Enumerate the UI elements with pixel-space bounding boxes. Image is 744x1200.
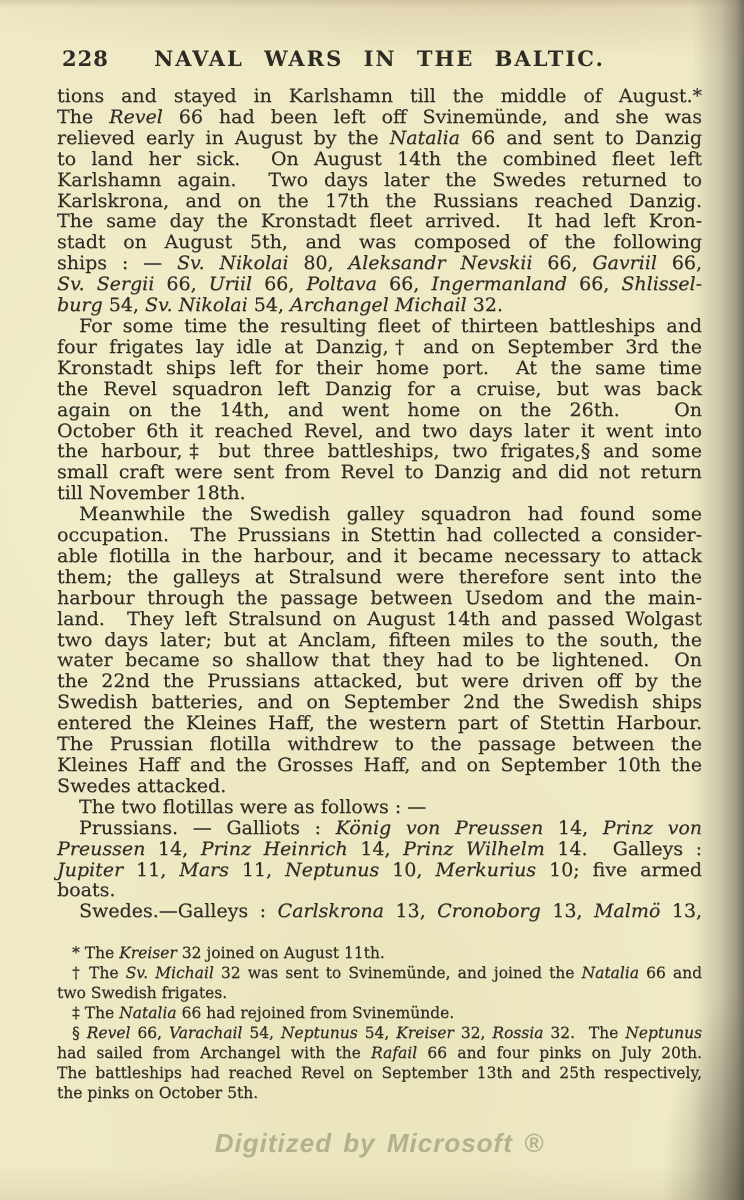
text-segment: 32 was sent to Svinemünde, and joined th… <box>214 964 582 982</box>
text-segment: two Swedish frigates. <box>57 984 227 1002</box>
body-line: able flotilla in the harbour, and it bec… <box>57 546 702 567</box>
body-line: The Prussian flotilla withdrew to the pa… <box>57 734 702 755</box>
body-line: stadt on August 5th, and was composed of… <box>57 232 702 253</box>
ship-name: Natalia <box>119 1004 176 1022</box>
ship-name: Malmö <box>594 900 660 922</box>
ship-name: Varachail <box>169 1024 242 1042</box>
body-line: relieved early in August by the Natalia … <box>57 128 702 149</box>
text-segment: land. They left Stralsund on August 14th… <box>57 608 702 630</box>
text-segment: tions and stayed in Karlshamn till the m… <box>57 85 702 107</box>
text-segment: had sailed from Archangel with the <box>57 1044 371 1062</box>
text-segment: 13, <box>660 900 702 922</box>
text-segment: Swedes attacked. <box>57 775 226 797</box>
text-segment: entered the Kleines Haff, the western pa… <box>57 712 702 734</box>
ship-name: Archangel Michail <box>290 294 467 316</box>
page-number: 228 <box>62 46 109 71</box>
text-segment: 10; five armed <box>536 859 702 881</box>
text-segment: again on the 14th, and went home on the … <box>57 399 702 421</box>
ship-name: Cronoborg <box>437 900 541 922</box>
text-segment: the pinks on October 5th. <box>57 1084 258 1102</box>
text-segment: For some time the resulting fleet of thi… <box>79 315 702 337</box>
body-line: ships : — Sv. Nikolai 80, Aleksandr Nevs… <box>57 253 702 274</box>
text-segment: October 6th it reached Revel, and two da… <box>57 420 702 442</box>
book-page: 228 NAVAL WARS IN THE BALTIC. tions and … <box>0 0 744 1200</box>
body-line: till November 18th. <box>57 483 702 504</box>
ship-name: Sv. Nikolai <box>145 294 248 316</box>
ship-name: König von Preussen <box>336 817 544 839</box>
ship-name: Prinz Heinrich <box>201 838 348 860</box>
ship-name: Natalia <box>390 127 460 149</box>
ship-name: Revel <box>87 1024 131 1042</box>
body-line: boats. <box>57 880 702 901</box>
text-segment: † The <box>72 964 126 982</box>
text-segment: 66, <box>130 1024 168 1042</box>
body-line: The Revel 66 had been left off Svinemünd… <box>57 107 702 128</box>
body-line: Swedes.—Galleys : Carlskrona 13, Cronobo… <box>57 901 702 922</box>
ship-name: Mars <box>179 859 229 881</box>
ship-name: Neptunus <box>281 1024 358 1042</box>
body-line: burg 54, Sv. Nikolai 54, Archangel Micha… <box>57 295 702 316</box>
text-segment: them; the galleys at Stralsund were ther… <box>57 566 702 588</box>
body-line: four frigates lay idle at Danzig,† and o… <box>57 337 702 358</box>
text-segment: boats. <box>57 879 115 901</box>
text-segment: The <box>57 106 109 128</box>
text-segment: The battleships had reached Revel on Sep… <box>57 1064 702 1082</box>
text-segment: 54, <box>248 294 290 316</box>
body-line: Karlskrona, and on the 17th the Russians… <box>57 191 702 212</box>
ship-name: Preussen <box>57 838 145 860</box>
text-segment: small craft were sent from Revel to Danz… <box>57 461 702 483</box>
text-segment: The same day the Kronstadt fleet arrived… <box>57 210 702 232</box>
text-segment: able flotilla in the harbour, and it bec… <box>57 545 702 567</box>
text-segment: § <box>72 1024 87 1042</box>
text-segment: stadt on August 5th, and was composed of… <box>57 231 702 253</box>
ship-name: Sv. Michail <box>126 964 214 982</box>
text-segment: 14, <box>348 838 403 860</box>
text-segment: 66, <box>532 252 592 274</box>
text-segment: 66, <box>567 273 621 295</box>
body-line: Jupiter 11, Mars 11, Neptunus 10, Merkur… <box>57 860 702 881</box>
text-segment: ships : — <box>57 252 177 274</box>
ship-name: Ingermanland <box>431 273 567 295</box>
ship-name: Kreiser <box>396 1024 454 1042</box>
text-segment: to land her sick. On August 14th the com… <box>57 148 702 170</box>
ship-name: Uriil <box>209 273 252 295</box>
body-line: to land her sick. On August 14th the com… <box>57 149 702 170</box>
text-segment: 80, <box>288 252 348 274</box>
body-line: For some time the resulting fleet of thi… <box>57 316 702 337</box>
footnote-line: two Swedish frigates. <box>57 983 702 1003</box>
footnote-line: had sailed from Archangel with the Rafai… <box>57 1043 702 1063</box>
text-segment: 54, <box>242 1024 280 1042</box>
text-segment: * The <box>72 944 119 962</box>
ship-name: Rossia <box>492 1024 543 1042</box>
footnote-line: * The Kreiser 32 joined on August 11th. <box>57 943 702 963</box>
text-segment: 54, <box>103 294 145 316</box>
body-line: The two flotillas were as follows : — <box>57 797 702 818</box>
body-line: Swedish batteries, and on September 2nd … <box>57 692 702 713</box>
body-line: the harbour,‡ but three battleships, two… <box>57 441 702 462</box>
ship-name: Rafail <box>371 1044 417 1062</box>
text-segment: 66 and four pinks on July 20th. <box>417 1044 702 1062</box>
digitization-watermark: Digitized by Microsoft ® <box>57 1128 702 1159</box>
ship-name: Gavriil <box>592 252 657 274</box>
body-line: the 22nd the Prussians attacked, but wer… <box>57 671 702 692</box>
text-segment: The Prussian flotilla withdrew to the pa… <box>57 733 702 755</box>
text-segment: 54, <box>358 1024 396 1042</box>
body-line: Kronstadt ships left for their home port… <box>57 358 702 379</box>
text-segment: Prussians. — Galliots : <box>79 817 336 839</box>
body-line: Swedes attacked. <box>57 776 702 797</box>
text-segment: 14, <box>543 817 603 839</box>
body-line: Kleines Haff and the Grosses Haff, and o… <box>57 755 702 776</box>
text-segment: Karlshamn again. Two days later the Swed… <box>57 169 702 191</box>
text-segment: 66, <box>377 273 431 295</box>
text-segment: 14, <box>145 838 200 860</box>
text-segment: 66 had been left off Svinemünde, and she… <box>163 106 702 128</box>
running-title: NAVAL WARS IN THE BALTIC. <box>57 46 702 71</box>
text-segment: Swedish batteries, and on September 2nd … <box>57 691 702 713</box>
ship-name: Poltava <box>306 273 377 295</box>
text-segment: 11, <box>123 859 179 881</box>
body-line: them; the galleys at Stralsund were ther… <box>57 567 702 588</box>
text-segment: 13, <box>384 900 437 922</box>
text-segment: 10, <box>379 859 435 881</box>
text-segment: 66, <box>154 273 208 295</box>
text-segment: till November 18th. <box>57 482 246 504</box>
text-segment: Swedes.—Galleys : <box>79 900 278 922</box>
text-segment: 32. The <box>543 1024 625 1042</box>
text-segment: 32, <box>454 1024 492 1042</box>
ship-name: Merkurius <box>435 859 536 881</box>
text-segment: the Revel squadron left Danzig for a cru… <box>57 378 702 400</box>
body-line: occupation. The Prussians in Stettin had… <box>57 525 702 546</box>
body-line: Preussen 14, Prinz Heinrich 14, Prinz Wi… <box>57 839 702 860</box>
body-line: Prussians. — Galliots : König von Preuss… <box>57 818 702 839</box>
text-segment: 66 and <box>639 964 702 982</box>
page-header: 228 NAVAL WARS IN THE BALTIC. <box>57 46 702 70</box>
footnote-line: ‡ The Natalia 66 had rejoined from Svine… <box>57 1003 702 1023</box>
body-line: The same day the Kronstadt fleet arrived… <box>57 211 702 232</box>
body-line: October 6th it reached Revel, and two da… <box>57 421 702 442</box>
text-segment: The two flotillas were as follows : — <box>79 796 426 818</box>
text-segment: the 22nd the Prussians attacked, but wer… <box>57 670 702 692</box>
body-line: the Revel squadron left Danzig for a cru… <box>57 379 702 400</box>
text-segment: 66 had rejoined from Svinemünde. <box>177 1004 455 1022</box>
ship-name: Aleksandr Nevskii <box>348 252 532 274</box>
body-line: Sv. Sergii 66, Uriil 66, Poltava 66, Ing… <box>57 274 702 295</box>
body-line: again on the 14th, and went home on the … <box>57 400 702 421</box>
text-segment: Meanwhile the Swedish galley squadron ha… <box>79 503 702 525</box>
ship-name: Neptunus <box>285 859 379 881</box>
body-line: Meanwhile the Swedish galley squadron ha… <box>57 504 702 525</box>
ship-name: Sv. Sergii <box>57 273 154 295</box>
text-segment: Kronstadt ships left for their home port… <box>57 357 702 379</box>
body-line: entered the Kleines Haff, the western pa… <box>57 713 702 734</box>
text-segment: 66, <box>252 273 306 295</box>
text-segment: Kleines Haff and the Grosses Haff, and o… <box>57 754 702 776</box>
text-segment: water became so shallow that they had to… <box>57 649 702 671</box>
footnote-line: † The Sv. Michail 32 was sent to Svinemü… <box>57 963 702 983</box>
body-line: harbour through the passage between Used… <box>57 588 702 609</box>
ship-name: Prinz von <box>603 817 702 839</box>
text-segment: relieved early in August by the <box>57 127 390 149</box>
page-body-text: tions and stayed in Karlshamn till the m… <box>57 86 702 922</box>
text-segment: 13, <box>541 900 594 922</box>
footnotes: * The Kreiser 32 joined on August 11th.†… <box>57 943 702 1103</box>
footnote-line: § Revel 66, Varachail 54, Neptunus 54, K… <box>57 1023 702 1043</box>
text-segment: 66 and sent to Danzig <box>460 127 702 149</box>
ship-name: Natalia <box>582 964 639 982</box>
ship-name: Shlissel- <box>621 273 702 295</box>
text-segment: harbour through the passage between Used… <box>57 587 702 609</box>
text-segment: Karlskrona, and on the 17th the Russians… <box>57 190 702 212</box>
ship-name: Revel <box>109 106 163 128</box>
body-line: Karlshamn again. Two days later the Swed… <box>57 170 702 191</box>
ship-name: Kreiser <box>119 944 177 962</box>
text-segment: 32 joined on August 11th. <box>177 944 385 962</box>
text-segment: ‡ The <box>72 1004 119 1022</box>
ship-name: burg <box>57 294 103 316</box>
text-segment: occupation. The Prussians in Stettin had… <box>57 524 702 546</box>
text-segment: 14. Galleys : <box>545 838 702 860</box>
ship-name: Sv. Nikolai <box>177 252 289 274</box>
text-segment: four frigates lay idle at Danzig,† and o… <box>57 336 702 358</box>
ship-name: Neptunus <box>625 1024 702 1042</box>
body-line: small craft were sent from Revel to Danz… <box>57 462 702 483</box>
body-line: tions and stayed in Karlshamn till the m… <box>57 86 702 107</box>
body-line: two days later; but at Anclam, fifteen m… <box>57 630 702 651</box>
text-segment: 32. <box>467 294 503 316</box>
text-segment: the harbour,‡ but three battleships, two… <box>57 440 702 462</box>
ship-name: Prinz Wilhelm <box>403 838 545 860</box>
footnote-line: the pinks on October 5th. <box>57 1083 702 1103</box>
body-line: water became so shallow that they had to… <box>57 650 702 671</box>
body-line: land. They left Stralsund on August 14th… <box>57 609 702 630</box>
footnote-line: The battleships had reached Revel on Sep… <box>57 1063 702 1083</box>
text-segment: two days later; but at Anclam, fifteen m… <box>57 629 702 651</box>
text-segment: 66, <box>657 252 702 274</box>
text-segment: 11, <box>229 859 285 881</box>
ship-name: Carlskrona <box>278 900 384 922</box>
ship-name: Jupiter <box>57 859 123 881</box>
